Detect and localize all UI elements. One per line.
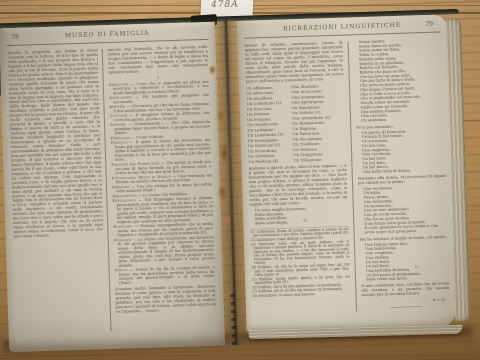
- open-book: 78 MUSEO DI FAMIGLIA mostra la proprietà…: [0, 9, 480, 360]
- left-col2-closing: Scambio molto, badando a spremerle, chia…: [115, 284, 216, 314]
- right-column-1: lavano di velarino, ammirazione; lavoro …: [245, 41, 352, 328]
- glossary-entry: Pizzicagnolo — Nel linguaggio toscano si…: [112, 196, 213, 225]
- right-col1-intro: lavano di velarino, ammirazione; lavoro …: [245, 41, 344, 84]
- footnotes-block: (1) Cedistione: fiume di vestire scinder…: [250, 226, 350, 298]
- right-col1-paragraph: Andiamo a questo punto, dissi al mio rag…: [248, 164, 347, 207]
- right-col2-closing: Il mio confidente vive, col fiato che mi…: [361, 281, 449, 297]
- verse-line: Il corto giansone la torva traduce, che …: [364, 224, 447, 235]
- left-column-1: mostra la proprietà, ma prima di finire …: [8, 48, 107, 329]
- verse-list-3: Una vecchiona,Un'arpia,Fosca, piena,Una …: [358, 184, 447, 235]
- entry-definition: — Lo stesso che Sciabolone; ma fiorentin…: [118, 235, 215, 268]
- verse-line: Roba scurvilegia.: [255, 219, 348, 226]
- foxing-spot: [415, 265, 418, 268]
- left-col1-text: mostra la proprietà, ma prima di finire …: [8, 48, 104, 239]
- glossary-entry: Sfogliata — Lo stesso che Sciabolone; ma…: [114, 235, 215, 268]
- right-col1-verse: Un naso maglio incastrato,Roba sfacciata…: [250, 205, 348, 226]
- footnote: (3) Maticone: toluì, che un tanto Milion…: [251, 240, 350, 266]
- photo-of-open-book: 478A 78 MUSEO DI FAMIGLIA mostra la prop…: [0, 0, 480, 360]
- tag-handwriting: 478A: [211, 0, 239, 10]
- entry-definition: — Donna di chi ha la sciarpa di monte e …: [119, 265, 215, 285]
- left-column-2: ancora una domanda, che le gli arrestai …: [108, 45, 217, 330]
- word-list-cell: Un Pialhoni (4).: [248, 158, 293, 165]
- glossary-entry: Trecca — Donna di chi ha la sciarpa di m…: [115, 265, 215, 285]
- word-list-cell: Un Villageone.: [293, 156, 346, 163]
- entry-definition: — Il quale lo stesso del Fiorentino; ma …: [115, 138, 211, 163]
- verse-list-4: Una laguna tanto lata,Una bambolona,Una …: [360, 240, 449, 282]
- left-page: 78 MUSEO DI FAMIGLIA mostra la proprietà…: [0, 22, 225, 353]
- end-of-article-rule: [390, 306, 422, 308]
- right-page-number: 79: [425, 21, 433, 28]
- glossary-entries: Ammiccare — L'uso che si apprende ad alt…: [109, 80, 215, 286]
- left-col2-intro: ancora una domanda, che le gli arrestai …: [108, 45, 209, 75]
- right-column-2: Senza merito,Senza fama nè merito,Senza …: [354, 38, 451, 327]
- gutter-stain: [220, 144, 230, 162]
- right-page: RICREAZIONI LINGUISTICHE 79 lavano di ve…: [237, 14, 457, 332]
- verse-list-2: Un giorno di buon'aria,Un'aura di bel te…: [356, 128, 445, 174]
- augmentative-word-list: Un Affamone.Uno Sbadione. Un Attaccone.U…: [246, 83, 346, 165]
- article-signature: E.co S.: [362, 297, 450, 304]
- verse-list-1: Senza merito,Senza fama nè merito,Senza …: [354, 38, 445, 124]
